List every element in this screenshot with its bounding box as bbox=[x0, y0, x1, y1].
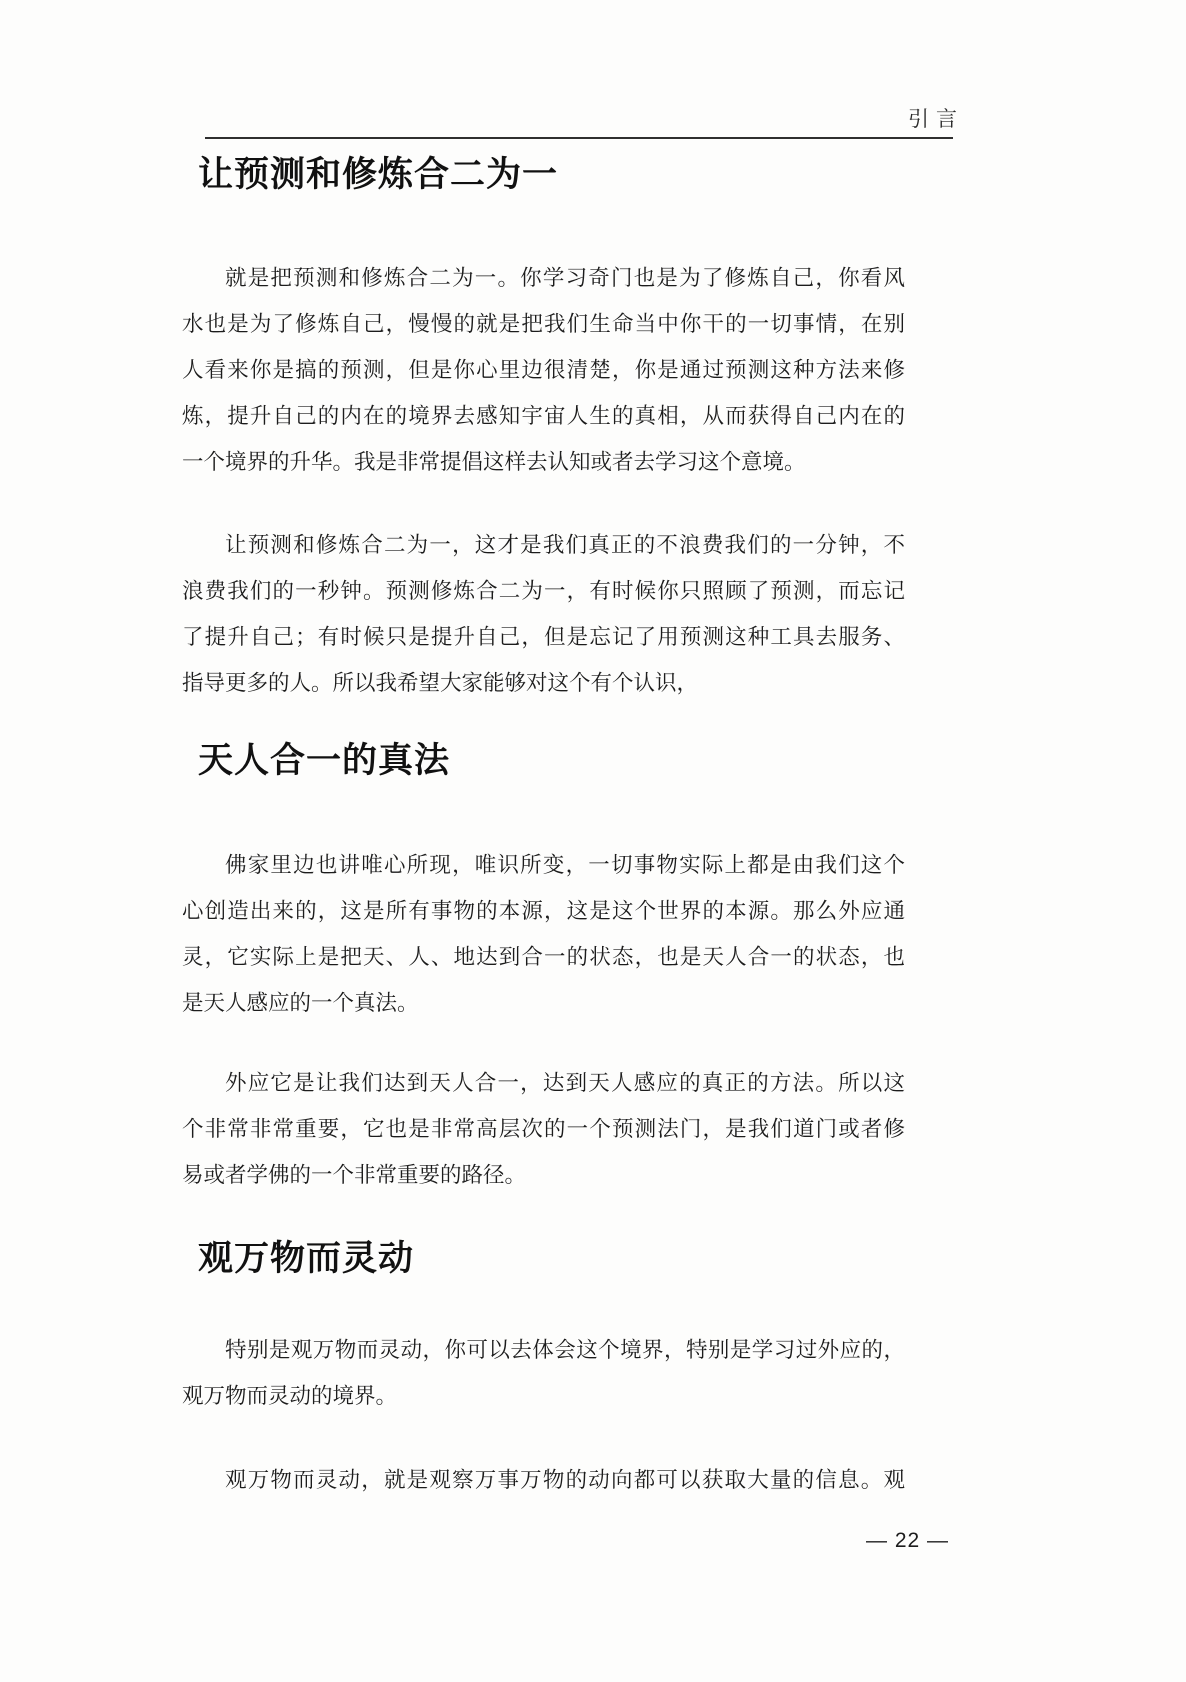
paragraph-1: 就是把预测和修炼合二为一。你学习奇门也是为了修炼自己，你看风 水也是为了修炼自己… bbox=[182, 255, 905, 485]
body-line: 外应它是让我们达到天人合一，达到天人感应的真正的方法。所以这 bbox=[182, 1060, 905, 1106]
body-line: 灵，它实际上是把天、人、地达到合一的状态，也是天人合一的状态，也 bbox=[182, 934, 905, 980]
paragraph-5: 特别是观万物而灵动，你可以去体会这个境界，特别是学习过外应的， 观万物而灵动的境… bbox=[182, 1327, 905, 1419]
body-line: 易或者学佛的一个非常重要的路径。 bbox=[182, 1152, 905, 1198]
body-line: 让预测和修炼合二为一，这才是我们真正的不浪费我们的一分钟，不 bbox=[182, 522, 905, 568]
paragraph-3: 佛家里边也讲唯心所现，唯识所变，一切事物实际上都是由我们这个 心创造出来的，这是… bbox=[182, 842, 905, 1026]
section-heading-1: 让预测和修炼合二为一 bbox=[198, 156, 905, 195]
body-line: 个非常非常重要，它也是非常高层次的一个预测法门，是我们道门或者修 bbox=[182, 1106, 905, 1152]
body-line: 心创造出来的，这是所有事物的本源，这是这个世界的本源。那么外应通 bbox=[182, 888, 905, 934]
section-heading-3: 观万物而灵动 bbox=[198, 1240, 905, 1279]
body-line: 观万物而灵动的境界。 bbox=[182, 1373, 905, 1419]
body-line: 观万物而灵动，就是观察万事万物的动向都可以获取大量的信息。观 bbox=[182, 1457, 905, 1503]
body-line: 一个境界的升华。我是非常提倡这样去认知或者去学习这个意境。 bbox=[182, 439, 905, 485]
section-heading-2: 天人合一的真法 bbox=[198, 742, 905, 781]
paragraph-6: 观万物而灵动，就是观察万事万物的动向都可以获取大量的信息。观 bbox=[182, 1457, 905, 1503]
body-line: 就是把预测和修炼合二为一。你学习奇门也是为了修炼自己，你看风 bbox=[182, 255, 905, 301]
body-line: 了提升自己；有时候只是提升自己，但是忘记了用预测这种工具去服务、 bbox=[182, 614, 905, 660]
body-line: 佛家里边也讲唯心所现，唯识所变，一切事物实际上都是由我们这个 bbox=[182, 842, 905, 888]
body-line: 炼，提升自己的内在的境界去感知宇宙人生的真相，从而获得自己内在的 bbox=[182, 393, 905, 439]
body-line: 水也是为了修炼自己，慢慢的就是把我们生命当中你干的一切事情，在别 bbox=[182, 301, 905, 347]
body-line: 人看来你是搞的预测，但是你心里边很清楚，你是通过预测这种方法来修 bbox=[182, 347, 905, 393]
running-header-title: 引言 bbox=[908, 103, 964, 133]
body-line: 是天人感应的一个真法。 bbox=[182, 980, 905, 1026]
page-content: 让预测和修炼合二为一 就是把预测和修炼合二为一。你学习奇门也是为了修炼自己，你看… bbox=[182, 139, 905, 1503]
document-page: 引言 让预测和修炼合二为一 就是把预测和修炼合二为一。你学习奇门也是为了修炼自己… bbox=[0, 0, 1186, 1682]
paragraph-2: 让预测和修炼合二为一，这才是我们真正的不浪费我们的一分钟，不 浪费我们的一秒钟。… bbox=[182, 522, 905, 706]
paragraph-4: 外应它是让我们达到天人合一，达到天人感应的真正的方法。所以这 个非常非常重要，它… bbox=[182, 1060, 905, 1198]
page-number: — 22 — bbox=[866, 1529, 949, 1553]
body-line: 指导更多的人。所以我希望大家能够对这个有个认识， bbox=[182, 660, 905, 706]
body-line: 浪费我们的一秒钟。预测修炼合二为一，有时候你只照顾了预测，而忘记 bbox=[182, 568, 905, 614]
body-line: 特别是观万物而灵动，你可以去体会这个境界，特别是学习过外应的， bbox=[182, 1327, 905, 1373]
